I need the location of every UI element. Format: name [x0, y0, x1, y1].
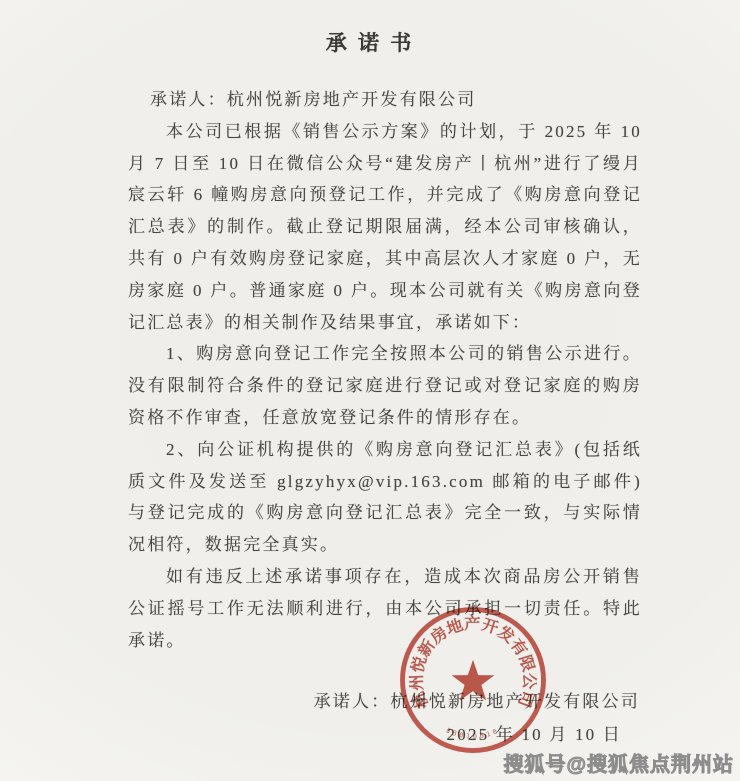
promisor-line: 承诺人：杭州悦新房地产开发有限公司: [128, 84, 642, 116]
paragraph-intro: 本公司已根据《销售公示方案》的计划，于 2025 年 10 月 7 日至 10 …: [128, 116, 642, 339]
paragraph-commitment-2: 2、向公证机构提供的《购房意向登记汇总表》(包括纸质文件及发送至 glgzyhy…: [128, 434, 642, 561]
seal-serial-number: 33010610: [445, 726, 501, 740]
seal-graphic: 杭州悦新房地产开发有限公司 33010610: [398, 605, 548, 755]
seal-star-icon: [452, 660, 495, 701]
document-body: 承诺人：杭州悦新房地产开发有限公司 本公司已根据《销售公示方案》的计划，于 20…: [128, 84, 642, 656]
commitment-letter-document: 承 诺 书 承诺人：杭州悦新房地产开发有限公司 本公司已根据《销售公示方案》的计…: [0, 0, 740, 781]
paragraph-commitment-1: 1、购房意向登记工作完全按照本公司的销售公示进行。没有限制符合条件的登记家庭进行…: [128, 338, 642, 433]
svg-text:33010610: 33010610: [445, 726, 501, 740]
company-seal: 杭州悦新房地产开发有限公司 33010610: [398, 605, 548, 755]
watermark-text: 搜狐号@搜狐焦点荆州站: [503, 748, 734, 777]
paragraph-liability: 如有违反上述承诺事项存在，造成本次商品房公开销售公证摇号工作无法顺利进行，由本公…: [128, 561, 642, 656]
document-title: 承 诺 书: [0, 27, 740, 57]
